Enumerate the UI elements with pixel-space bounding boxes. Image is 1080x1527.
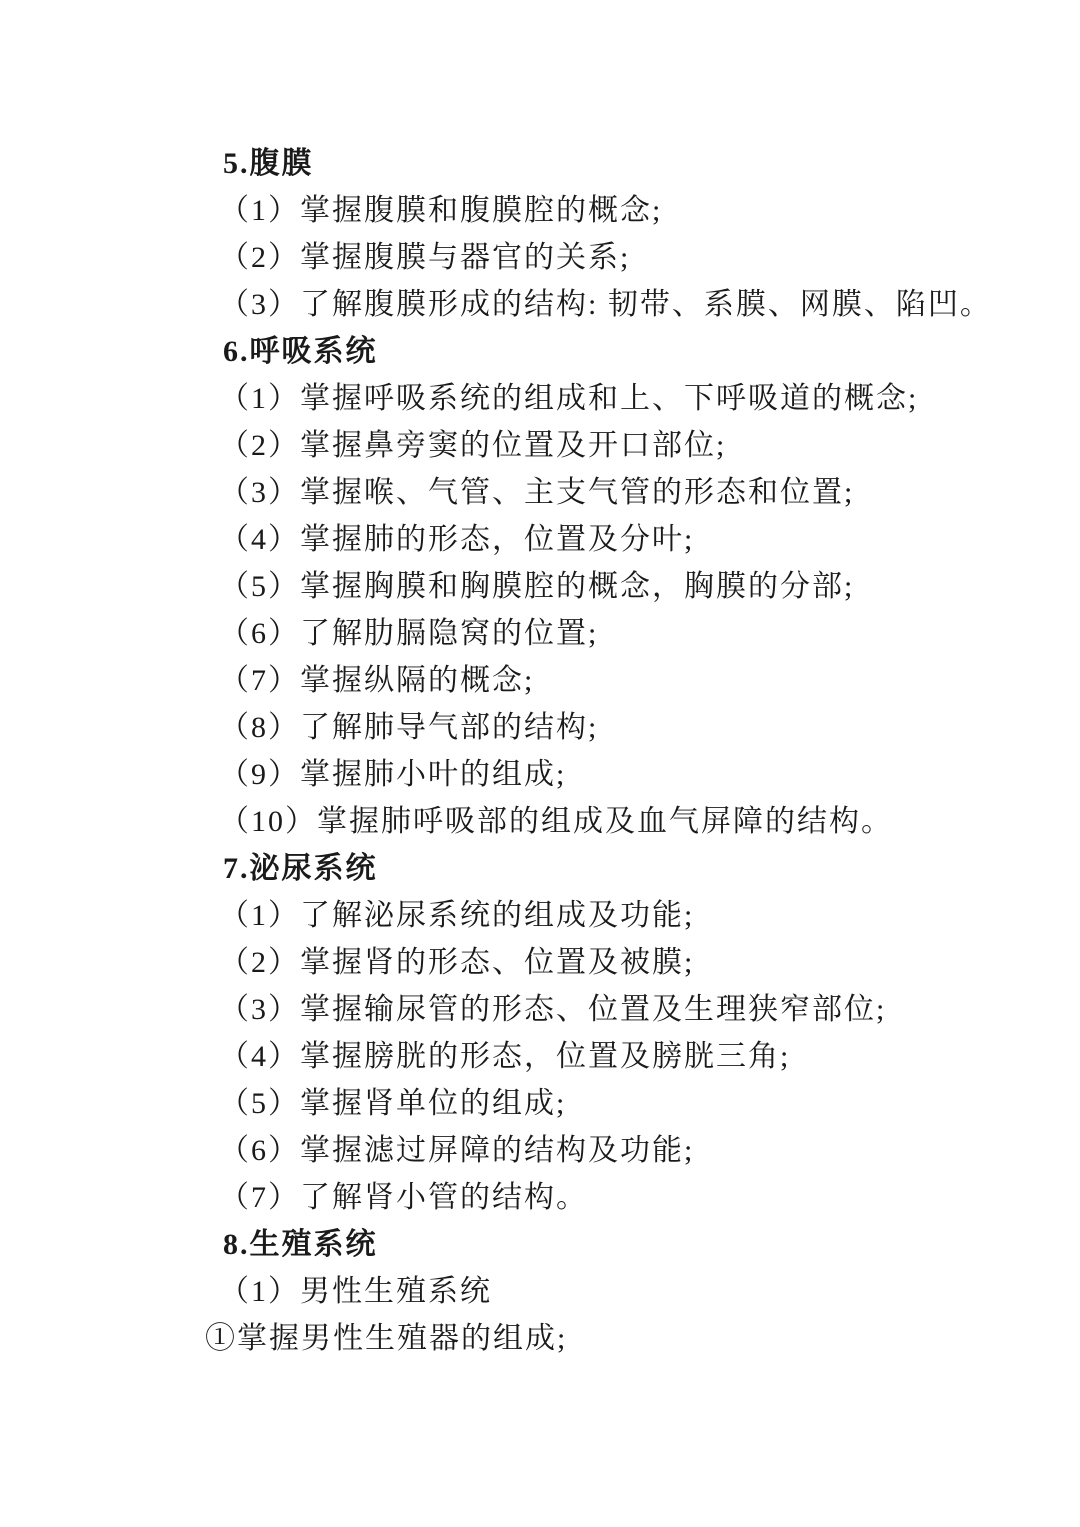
syllabus-item: （1）掌握腹膜和腹膜腔的概念; <box>219 187 960 234</box>
document-page: 5.腹膜 （1）掌握腹膜和腹膜腔的概念; （2）掌握腹膜与器官的关系; （3）了… <box>0 0 1080 1527</box>
syllabus-item: （1）掌握呼吸系统的组成和上、下呼吸道的概念; <box>219 375 960 422</box>
syllabus-item: （7）了解肾小管的结构。 <box>219 1174 960 1221</box>
syllabus-item: （1）了解泌尿系统的组成及功能; <box>219 892 960 939</box>
syllabus-item: （4）掌握肺的形态，位置及分叶; <box>219 516 960 563</box>
syllabus-sub-item: ①掌握男性生殖器的组成; <box>205 1315 960 1362</box>
section-heading-urinary: 7.泌尿系统 <box>223 845 960 892</box>
syllabus-item: （6）掌握滤过屏障的结构及功能; <box>219 1127 960 1174</box>
syllabus-item: （5）掌握肾单位的组成; <box>219 1080 960 1127</box>
section-heading-respiratory: 6.呼吸系统 <box>223 328 960 375</box>
syllabus-item: （5）掌握胸膜和胸膜腔的概念，胸膜的分部; <box>219 563 960 610</box>
syllabus-item: （1）男性生殖系统 <box>219 1268 960 1315</box>
syllabus-item: （4）掌握膀胱的形态，位置及膀胱三角; <box>219 1033 960 1080</box>
section-heading-peritoneum: 5.腹膜 <box>223 140 960 187</box>
syllabus-item: （2）掌握腹膜与器官的关系; <box>219 234 960 281</box>
document-text-block: 5.腹膜 （1）掌握腹膜和腹膜腔的概念; （2）掌握腹膜与器官的关系; （3）了… <box>205 140 960 1362</box>
syllabus-item: （8）了解肺导气部的结构; <box>219 704 960 751</box>
syllabus-item: （10）掌握肺呼吸部的组成及血气屏障的结构。 <box>219 798 960 845</box>
syllabus-item: （7）掌握纵隔的概念; <box>219 657 960 704</box>
syllabus-item: （9）掌握肺小叶的组成; <box>219 751 960 798</box>
syllabus-item: （6）了解肋膈隐窝的位置; <box>219 610 960 657</box>
syllabus-item: （2）掌握肾的形态、位置及被膜; <box>219 939 960 986</box>
syllabus-item: （3）掌握喉、气管、主支气管的形态和位置; <box>219 469 960 516</box>
section-heading-reproductive: 8.生殖系统 <box>223 1221 960 1268</box>
syllabus-item: （3）掌握输尿管的形态、位置及生理狭窄部位; <box>219 986 960 1033</box>
syllabus-item: （3）了解腹膜形成的结构: 韧带、系膜、网膜、陷凹。 <box>219 281 960 328</box>
syllabus-item: （2）掌握鼻旁窦的位置及开口部位; <box>219 422 960 469</box>
